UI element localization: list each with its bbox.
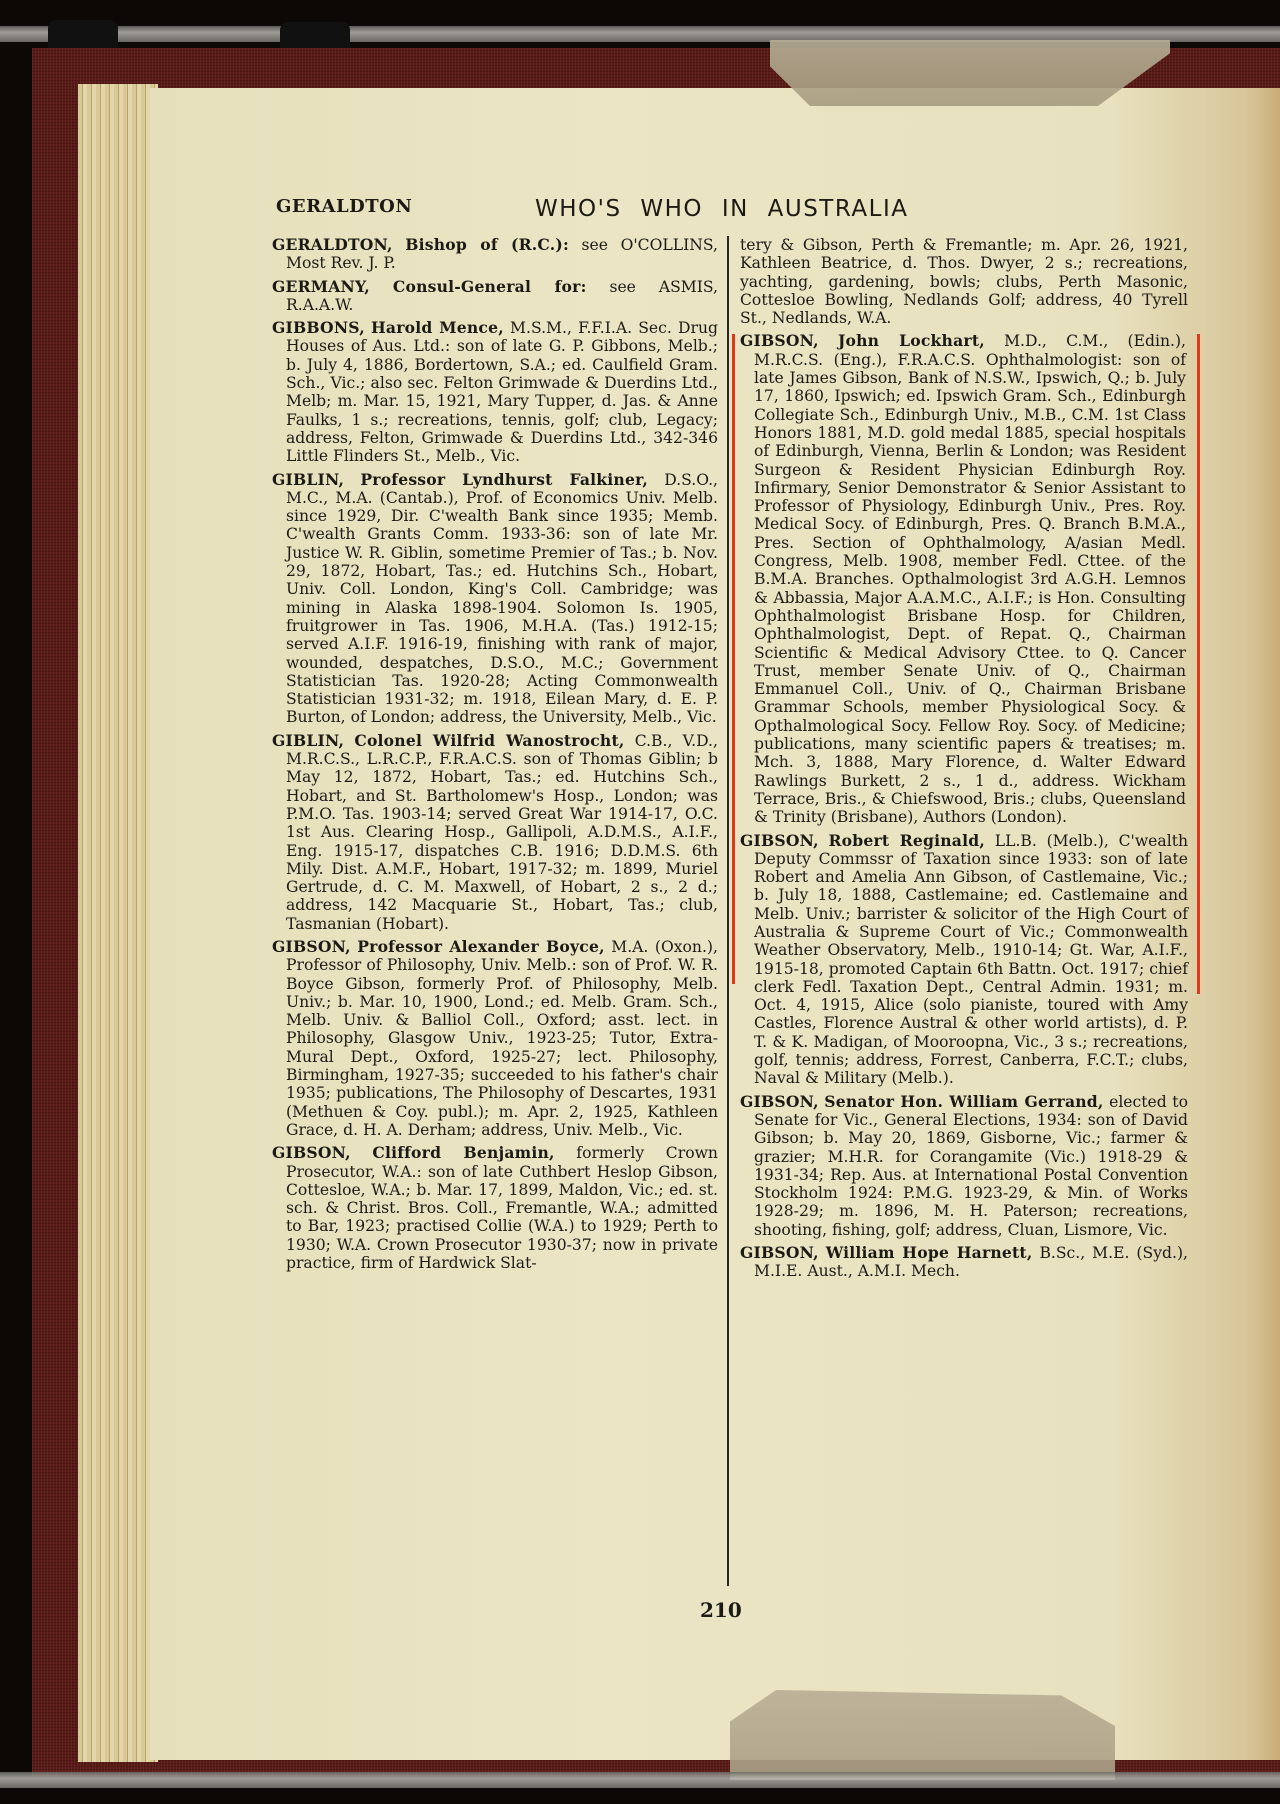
entry-body: M.D., C.M., (Edin.), M.R.C.S. (Eng.), F.… — [754, 332, 1186, 826]
scanner-rail-top — [0, 26, 1280, 42]
entry-gibson-john: GIBSON, John Lockhart, M.D., C.M., (Edin… — [740, 332, 1186, 826]
entry-surname: GIBSON, — [740, 831, 819, 850]
entry-given-name: Colonel Wilfrid Wanostrocht, — [354, 731, 624, 750]
page-holder-tab-bottom — [730, 1690, 1115, 1780]
entry-giblin-wilfrid: GIBLIN, Colonel Wilfrid Wanostrocht, C.B… — [272, 732, 718, 933]
entry-surname: GIBSON, — [740, 331, 819, 350]
entry-gibson-robert: GIBSON, Robert Reginald, LL.B. (Melb.), … — [740, 832, 1188, 1088]
entry-body: C.B., V.D., M.R.C.S., L.R.C.P., F.R.A.C.… — [286, 732, 718, 933]
entry-surname: GERMANY, — [272, 277, 370, 296]
left-column: GERALDTON, Bishop of (R.C.): see O'COLLI… — [272, 236, 718, 1277]
page-number: 210 — [700, 1598, 742, 1622]
entry-surname: GIBSON, — [740, 1243, 819, 1262]
entry-surname: GIBSON, — [740, 1092, 819, 1111]
entry-geraldton: GERALDTON, Bishop of (R.C.): see O'COLLI… — [272, 236, 718, 273]
entry-given-name: William Hope Harnett, — [826, 1243, 1033, 1262]
entry-body: formerly Crown Prosecutor, W.A.: son of … — [286, 1144, 718, 1272]
column-divider — [727, 236, 729, 1586]
running-head-left: GERALDTON — [276, 196, 412, 217]
entry-body: D.S.O., M.C., M.A. (Cantab.), Prof. of E… — [286, 471, 718, 727]
entry-body: M.A. (Oxon.), Professor of Philosophy, U… — [286, 938, 718, 1139]
entry-given-name: Professor Alexander Boyce, — [357, 937, 605, 956]
entry-given-name: Clifford Benjamin, — [372, 1143, 554, 1162]
entry-surname: GIBBONS, — [272, 318, 365, 337]
entry-germany: GERMANY, Consul-General for: see ASMIS, … — [272, 278, 718, 315]
highlighted-entry: GIBSON, John Lockhart, M.D., C.M., (Edin… — [740, 332, 1188, 826]
right-column: tery & Gibson, Perth & Fremantle; m. Apr… — [740, 236, 1188, 1286]
entry-given-name: Harold Mence, — [371, 318, 504, 337]
page-holder-tab-top — [770, 40, 1170, 106]
highlight-bracket-left — [732, 334, 735, 984]
entry-giblin-lyndhurst: GIBLIN, Professor Lyndhurst Falkiner, D.… — [272, 471, 718, 727]
entry-surname: GIBLIN, — [272, 731, 344, 750]
entry-given-name: John Lockhart, — [838, 331, 985, 350]
scanner-rail-bottom — [0, 1772, 1280, 1788]
entry-surname: GIBSON, — [272, 1143, 351, 1162]
entry-gibson-alexander: GIBSON, Professor Alexander Boyce, M.A. … — [272, 938, 718, 1139]
entry-body: LL.B. (Melb.), C'wealth Deputy Commssr o… — [754, 832, 1188, 1088]
running-head-title: WHO'S WHO IN AUSTRALIA — [535, 196, 908, 222]
entry-body: elected to Senate for Vic., General Elec… — [754, 1093, 1188, 1239]
entry-given-name: Senator Hon. William Gerrand, — [824, 1092, 1103, 1111]
entry-gibson-william-gerrand: GIBSON, Senator Hon. William Gerrand, el… — [740, 1093, 1188, 1239]
entry-given-name: Bishop of (R.C.): — [405, 235, 569, 254]
entry-gibson-william-hope: GIBSON, William Hope Harnett, B.Sc., M.E… — [740, 1244, 1188, 1281]
page-stack-edges — [78, 84, 158, 1762]
entry-surname: GERALDTON, — [272, 235, 393, 254]
entry-given-name: Consul-General for: — [393, 277, 587, 296]
entry-gibbons-harold: GIBBONS, Harold Mence, M.S.M., F.F.I.A. … — [272, 319, 718, 465]
entry-surname: GIBSON, — [272, 937, 351, 956]
highlight-bracket-right — [1197, 334, 1200, 994]
entry-given-name: Professor Lyndhurst Falkiner, — [360, 470, 648, 489]
entry-gibson-clifford: GIBSON, Clifford Benjamin, formerly Crow… — [272, 1144, 718, 1272]
entry-surname: GIBLIN, — [272, 470, 344, 489]
entry-body: M.S.M., F.F.I.A. Sec. Drug Houses of Aus… — [286, 319, 718, 465]
entry-continuation: tery & Gibson, Perth & Fremantle; m. Apr… — [740, 236, 1188, 327]
entry-given-name: Robert Reginald, — [829, 831, 985, 850]
